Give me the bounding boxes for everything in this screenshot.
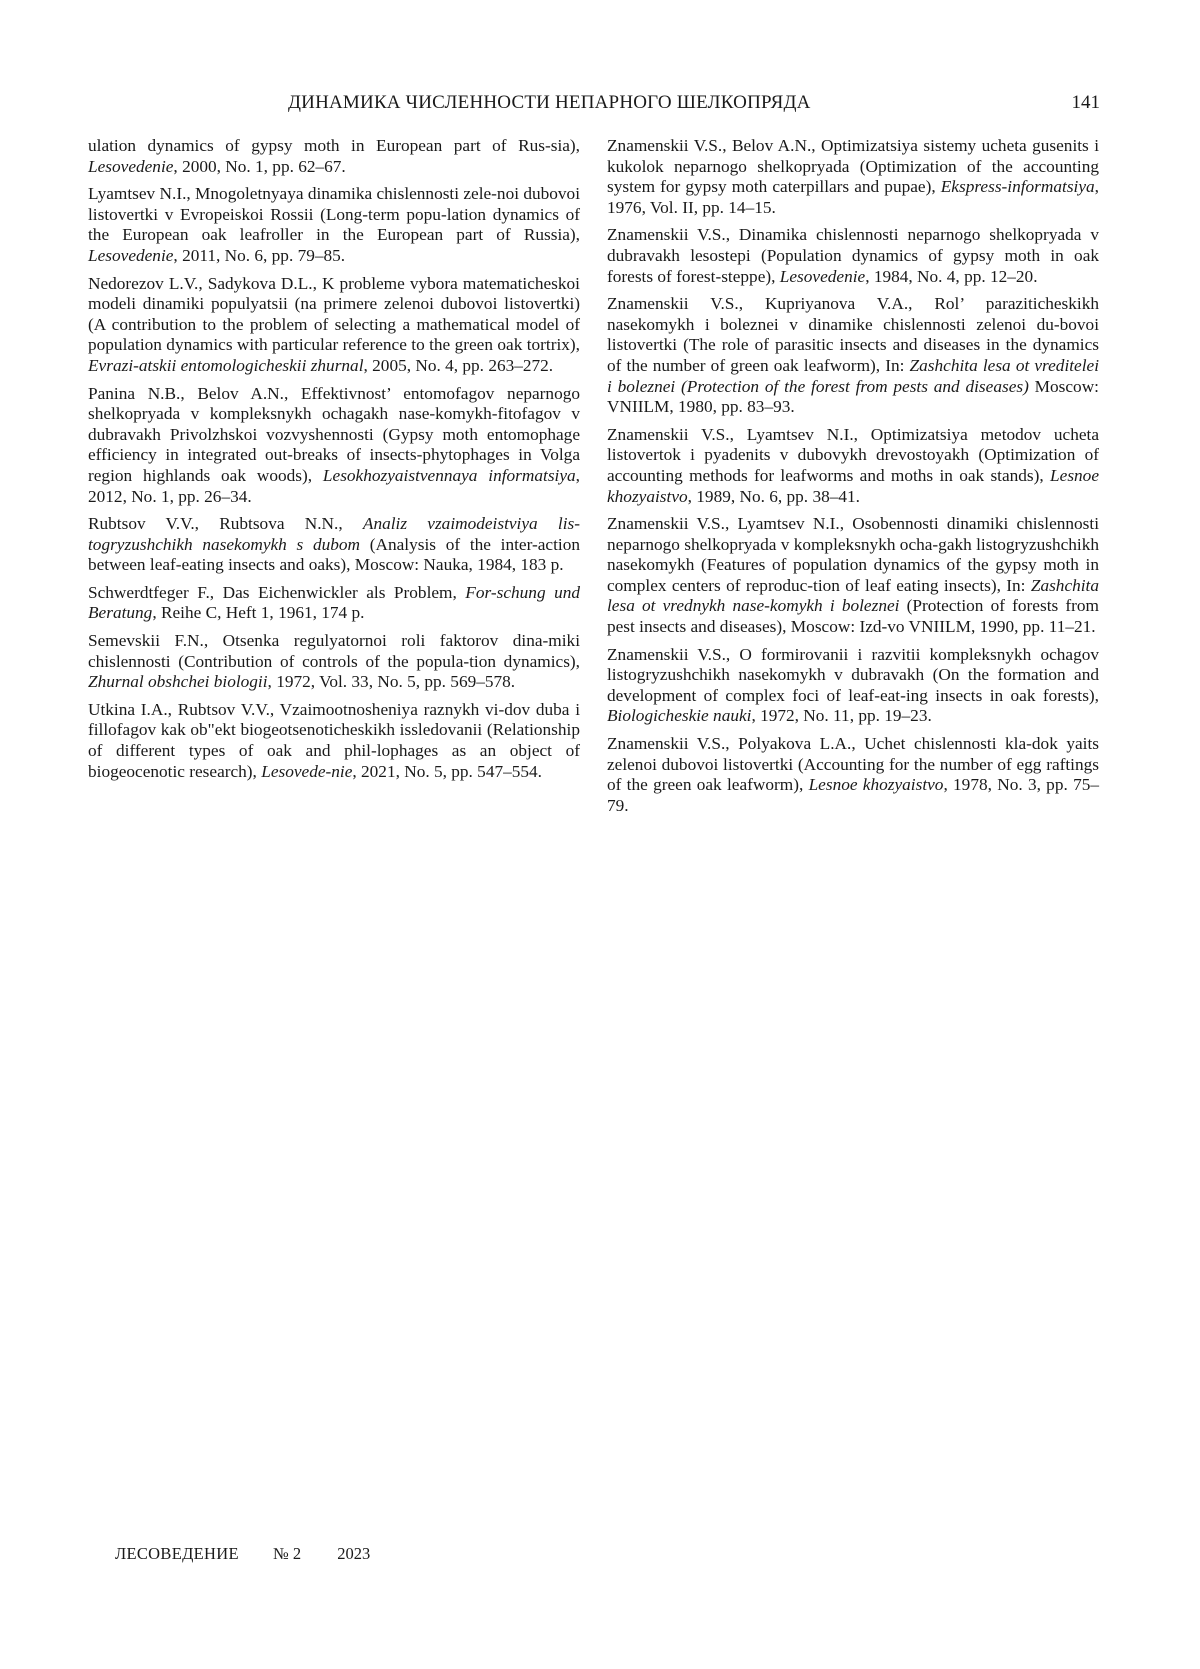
page-footer: ЛЕСОВЕДЕНИЕ № 2 2023 [115, 1544, 370, 1564]
reference-text: Schwerdtfeger F., Das Eichenwickler als … [88, 583, 465, 602]
references-left-column: ulation dynamics of gypsy moth in Europe… [88, 136, 580, 789]
reference-text: , 1984, No. 4, pp. 12–20. [865, 267, 1037, 286]
reference-entry: Utkina I.A., Rubtsov V.V., Vzaimootnoshe… [88, 700, 580, 782]
reference-entry: Panina N.B., Belov A.N., Effektivnost’ e… [88, 384, 580, 508]
reference-text: , 1972, No. 11, pp. 19–23. [751, 706, 931, 725]
reference-entry: Semevskii F.N., Otsenka regulyatornoi ro… [88, 631, 580, 693]
reference-entry: Schwerdtfeger F., Das Eichenwickler als … [88, 583, 580, 624]
reference-entry: Nedorezov L.V., Sadykova D.L., K problem… [88, 274, 580, 377]
reference-text: , 2000, No. 1, pp. 62–67. [173, 157, 345, 176]
reference-text: , 2005, No. 4, pp. 263–272. [364, 356, 554, 375]
reference-text: , Reihe C, Heft 1, 1961, 174 p. [152, 603, 364, 622]
reference-source-title: Evrazi-atskii entomologicheskii zhurnal [88, 356, 364, 375]
reference-text: Semevskii F.N., Otsenka regulyatornoi ro… [88, 631, 580, 671]
reference-entry: Znamenskii V.S., Dinamika chislennosti n… [607, 225, 1099, 287]
running-title: ДИНАМИКА ЧИСЛЕННОСТИ НЕПАРНОГО ШЕЛКОПРЯД… [288, 92, 811, 114]
reference-entry: ulation dynamics of gypsy moth in Europe… [88, 136, 580, 177]
reference-text: Lyamtsev N.I., Mnogoletnyaya dinamika ch… [88, 184, 580, 244]
publication-year: 2023 [337, 1544, 370, 1564]
reference-entry: Znamenskii V.S., Belov A.N., Optimizatsi… [607, 136, 1099, 218]
journal-name: ЛЕСОВЕДЕНИЕ [115, 1544, 239, 1564]
reference-source-title: Lesovede-nie [261, 762, 352, 781]
reference-entry: Znamenskii V.S., Kupriyanova V.A., Rol’ … [607, 294, 1099, 418]
reference-entry: Znamenskii V.S., O formirovanii i razvit… [607, 645, 1099, 727]
reference-text: ulation dynamics of gypsy moth in Europe… [88, 136, 580, 155]
reference-text: , 1989, No. 6, pp. 38–41. [688, 487, 860, 506]
issue-number: № 2 [273, 1544, 301, 1564]
reference-entry: Znamenskii V.S., Polyakova L.A., Uchet c… [607, 734, 1099, 816]
reference-entry: Lyamtsev N.I., Mnogoletnyaya dinamika ch… [88, 184, 580, 266]
reference-text: Rubtsov V.V., Rubtsova N.N., [88, 514, 363, 533]
reference-source-title: Lesovedenie [88, 157, 173, 176]
reference-entry: Znamenskii V.S., Lyamtsev N.I., Osobenno… [607, 514, 1099, 638]
references-right-column: Znamenskii V.S., Belov A.N., Optimizatsi… [607, 136, 1099, 823]
reference-source-title: Lesnoe khozyaistvo [809, 775, 944, 794]
reference-text: Nedorezov L.V., Sadykova D.L., K problem… [88, 274, 580, 355]
reference-source-title: Zhurnal obshchei biologii [88, 672, 268, 691]
reference-text: , 1972, Vol. 33, No. 5, pp. 569–578. [268, 672, 516, 691]
reference-source-title: Lesovedenie [780, 267, 865, 286]
reference-source-title: Lesokhozyaistvennaya informatsiya [323, 466, 576, 485]
reference-source-title: Lesovedenie [88, 246, 173, 265]
running-head: ДИНАМИКА ЧИСЛЕННОСТИ НЕПАРНОГО ШЕЛКОПРЯД… [88, 92, 1100, 120]
reference-text: Znamenskii V.S., O formirovanii i razvit… [607, 645, 1099, 705]
page-number: 141 [1072, 92, 1101, 114]
reference-text: Znamenskii V.S., Lyamtsev N.I., Optimiza… [607, 425, 1099, 485]
reference-text: Znamenskii V.S., Lyamtsev N.I., Osobenno… [607, 514, 1099, 595]
reference-source-title: Biologicheskie nauki [607, 706, 751, 725]
reference-entry: Znamenskii V.S., Lyamtsev N.I., Optimiza… [607, 425, 1099, 507]
reference-source-title: Ekspress-informatsiya [941, 177, 1095, 196]
reference-text: , 2011, No. 6, pp. 79–85. [173, 246, 345, 265]
reference-text: , 2021, No. 5, pp. 547–554. [352, 762, 542, 781]
reference-entry: Rubtsov V.V., Rubtsova N.N., Analiz vzai… [88, 514, 580, 576]
